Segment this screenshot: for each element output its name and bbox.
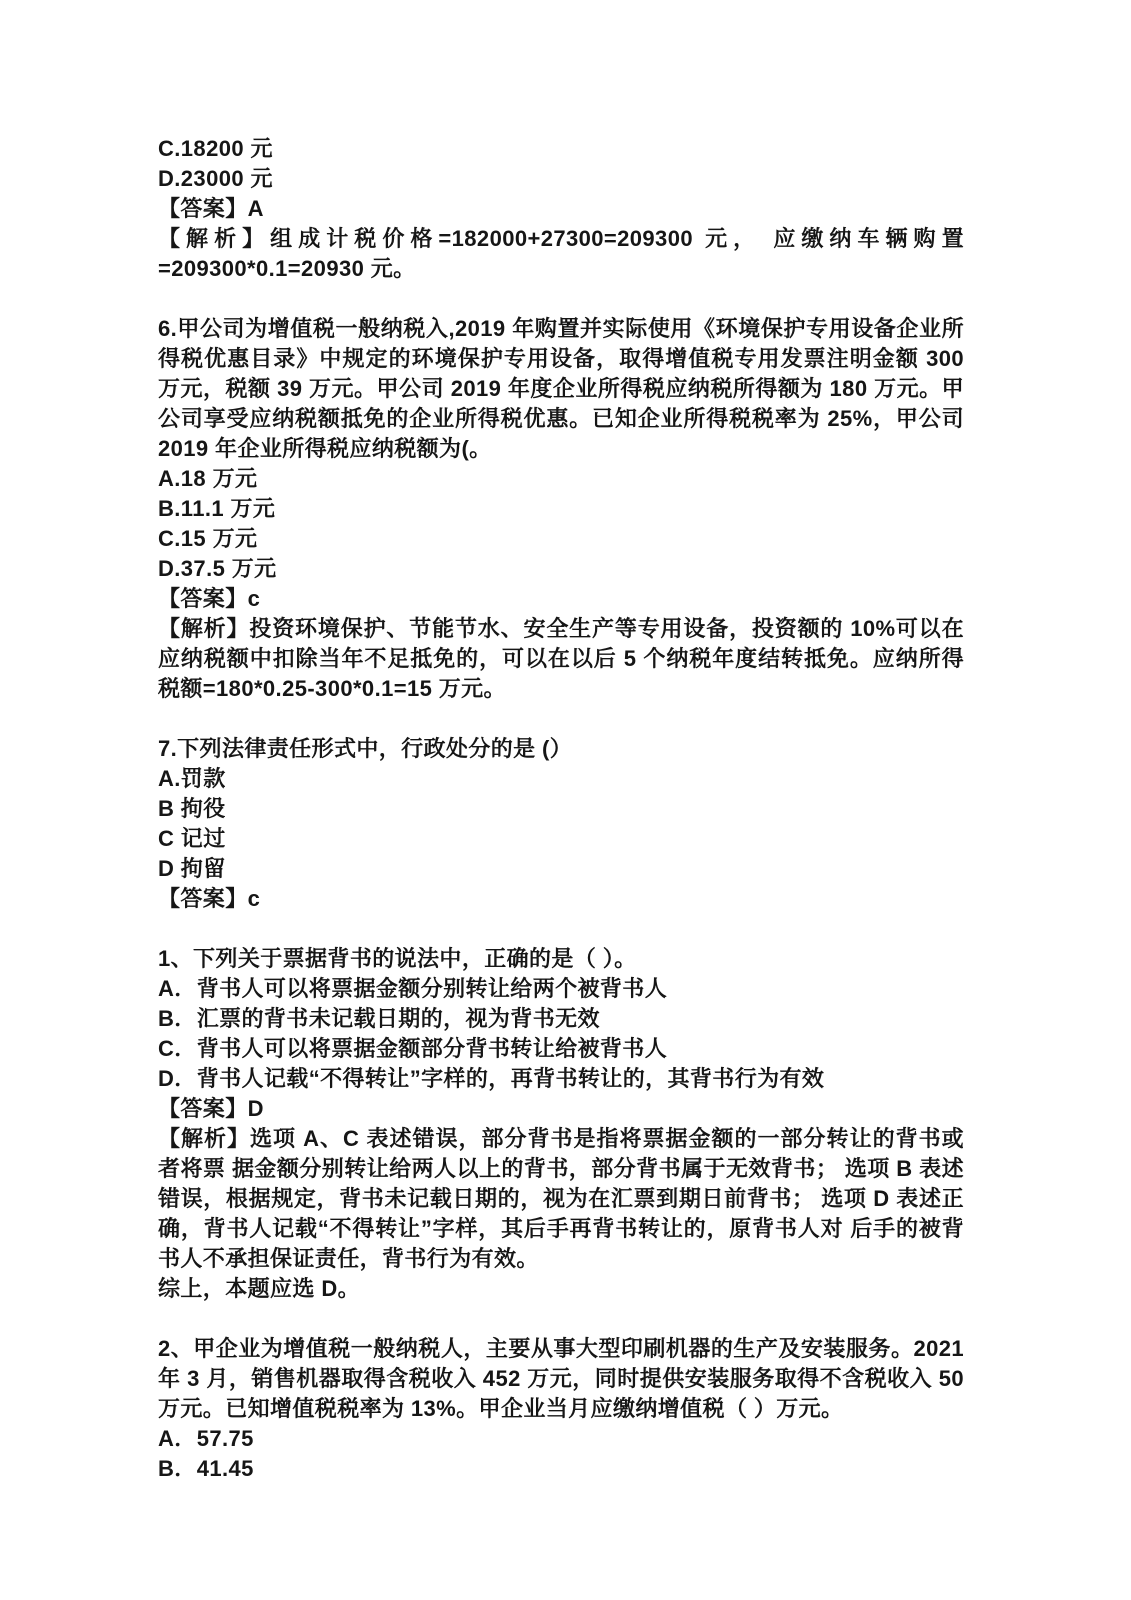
option-a: A.18 万元: [158, 464, 964, 494]
analysis-text: 【解析】投资环境保护、节能节水、安全生产等专用设备，投资额的 10%可以在应纳税…: [158, 614, 964, 704]
option-c: C．背书人可以将票据金额部分背书转让给被背书人: [158, 1034, 964, 1064]
option-d: D．背书人记载“不得转让”字样的，再背书转让的，其背书行为有效: [158, 1064, 964, 1094]
question-2-section: 2、甲企业为增值税一般纳税人，主要从事大型印刷机器的生产及安装服务。2021 年…: [158, 1334, 964, 1484]
question-1-section: 1、下列关于票据背书的说法中，正确的是（ ）。 A．背书人可以将票据金额分别转让…: [158, 944, 964, 1304]
question-stem: 1、下列关于票据背书的说法中，正确的是（ ）。: [158, 944, 964, 974]
option-c: C.15 万元: [158, 524, 964, 554]
option-b: B．汇票的背书未记载日期的，视为背书无效: [158, 1004, 964, 1034]
analysis-text: 【解析】选项 A、C 表述错误，部分背书是指将票据金额的一部分转让的背书或者将票…: [158, 1124, 964, 1274]
option-c: C 记过: [158, 824, 964, 854]
option-d: D.23000 元: [158, 164, 964, 194]
document-page: C.18200 元 D.23000 元 【答案】A 【解析】组成计税价格=182…: [0, 0, 1131, 1600]
question-7-section: 7.下列法律责任形式中，行政处分的是 (） A.罚款 B 拘役 C 记过 D 拘…: [158, 734, 964, 914]
question-stem: 2、甲企业为增值税一般纳税人，主要从事大型印刷机器的生产及安装服务。2021 年…: [158, 1334, 964, 1424]
conclusion-line: 综上，本题应选 D。: [158, 1274, 964, 1304]
question-stem: 7.下列法律责任形式中，行政处分的是 (）: [158, 734, 964, 764]
answer-line: 【答案】A: [158, 194, 964, 224]
option-d: D.37.5 万元: [158, 554, 964, 584]
option-b: B 拘役: [158, 794, 964, 824]
option-c: C.18200 元: [158, 134, 964, 164]
analysis-text: 【解析】组成计税价格=182000+27300=209300 元， 应缴纳车辆购…: [158, 224, 964, 284]
option-d: D 拘留: [158, 854, 964, 884]
answer-line: 【答案】D: [158, 1094, 964, 1124]
option-a: A.罚款: [158, 764, 964, 794]
question-5-tail-section: C.18200 元 D.23000 元 【答案】A 【解析】组成计税价格=182…: [158, 134, 964, 284]
option-a: A．背书人可以将票据金额分别转让给两个被背书人: [158, 974, 964, 1004]
question-6-section: 6.甲公司为增值税一般纳税入,2019 年购置并实际使用《环境保护专用设备企业所…: [158, 314, 964, 704]
answer-line: 【答案】c: [158, 884, 964, 914]
option-b: B．41.45: [158, 1454, 964, 1484]
option-a: A．57.75: [158, 1424, 964, 1454]
option-b: B.11.1 万元: [158, 494, 964, 524]
answer-line: 【答案】c: [158, 584, 964, 614]
exam-content: C.18200 元 D.23000 元 【答案】A 【解析】组成计税价格=182…: [158, 134, 964, 1484]
question-stem: 6.甲公司为增值税一般纳税入,2019 年购置并实际使用《环境保护专用设备企业所…: [158, 314, 964, 464]
